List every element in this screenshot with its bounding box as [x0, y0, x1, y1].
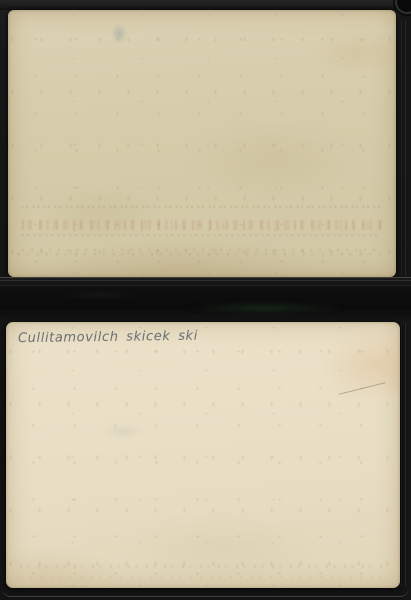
card-holder-photo: Cullitamovilch skicek ski	[0, 0, 411, 600]
green-reflection	[150, 301, 380, 315]
rail-ridges	[0, 277, 411, 289]
scratch-line	[339, 382, 386, 395]
card-bottom-texture	[6, 322, 400, 588]
holder-edge-bottom	[2, 586, 409, 597]
card-top-blank	[8, 10, 396, 277]
card-top-texture	[8, 10, 396, 277]
handwritten-inscription: Cullitamovilch skicek ski	[18, 330, 198, 346]
holder-center-rail	[0, 277, 411, 322]
rail-sheen	[40, 289, 160, 301]
card-bottom-stains	[6, 322, 400, 588]
ghost-print-row	[22, 206, 382, 208]
holder-frame-top	[0, 0, 411, 10]
ghost-print-row	[22, 234, 382, 236]
ghost-print-row	[20, 565, 386, 568]
blue-smudge	[108, 20, 130, 48]
ghost-print-row-red	[22, 220, 382, 230]
gray-smudge	[96, 422, 151, 440]
ghost-print-row	[22, 249, 382, 251]
ghost-print-row	[18, 253, 386, 256]
card-top-stains	[8, 10, 396, 277]
card-bottom-inscribed: Cullitamovilch skicek ski	[6, 322, 400, 588]
ghost-print-row	[20, 576, 386, 578]
